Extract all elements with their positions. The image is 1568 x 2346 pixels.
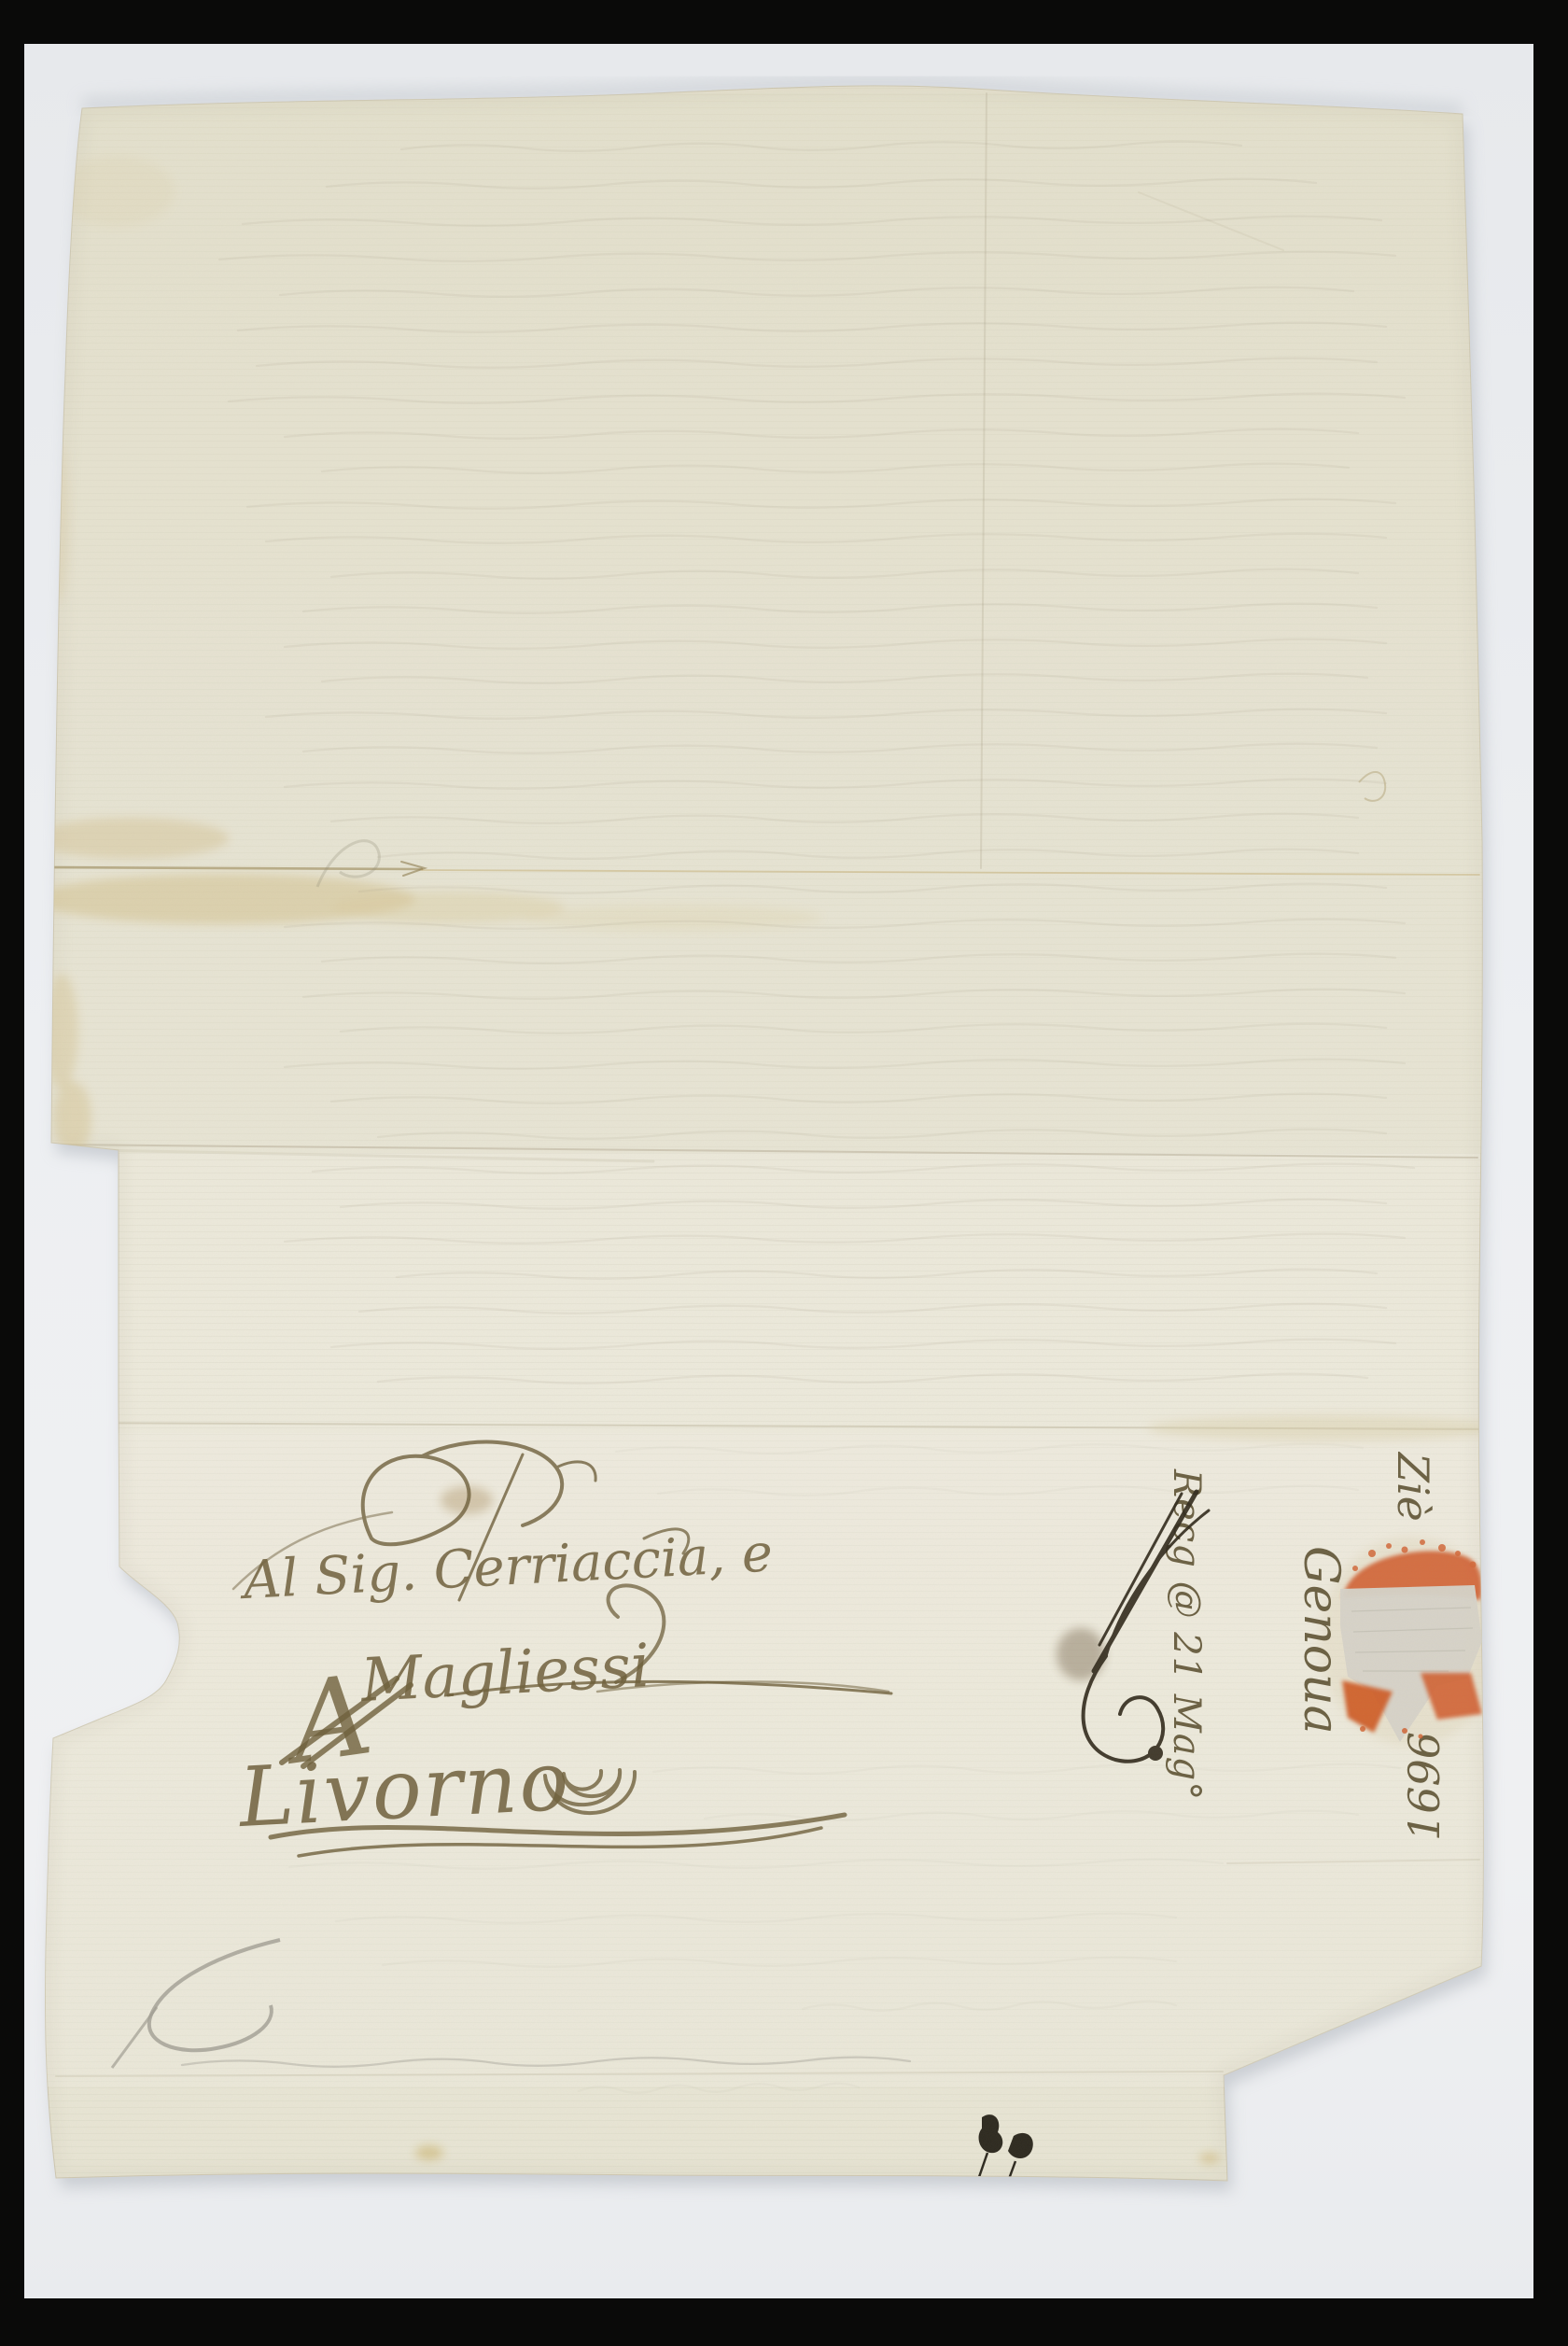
photograph-of-letter: Al Sig. Cerriaccia, e Magliessi A Livorn…: [0, 0, 1568, 2346]
letter-sheet-surface: Al Sig. Cerriaccia, e Magliessi A Livorn…: [24, 44, 1533, 2298]
paper-texture: [24, 44, 1533, 2298]
letter-photo-canvas: Al Sig. Cerriaccia, e Magliessi A Livorn…: [0, 0, 1568, 2346]
